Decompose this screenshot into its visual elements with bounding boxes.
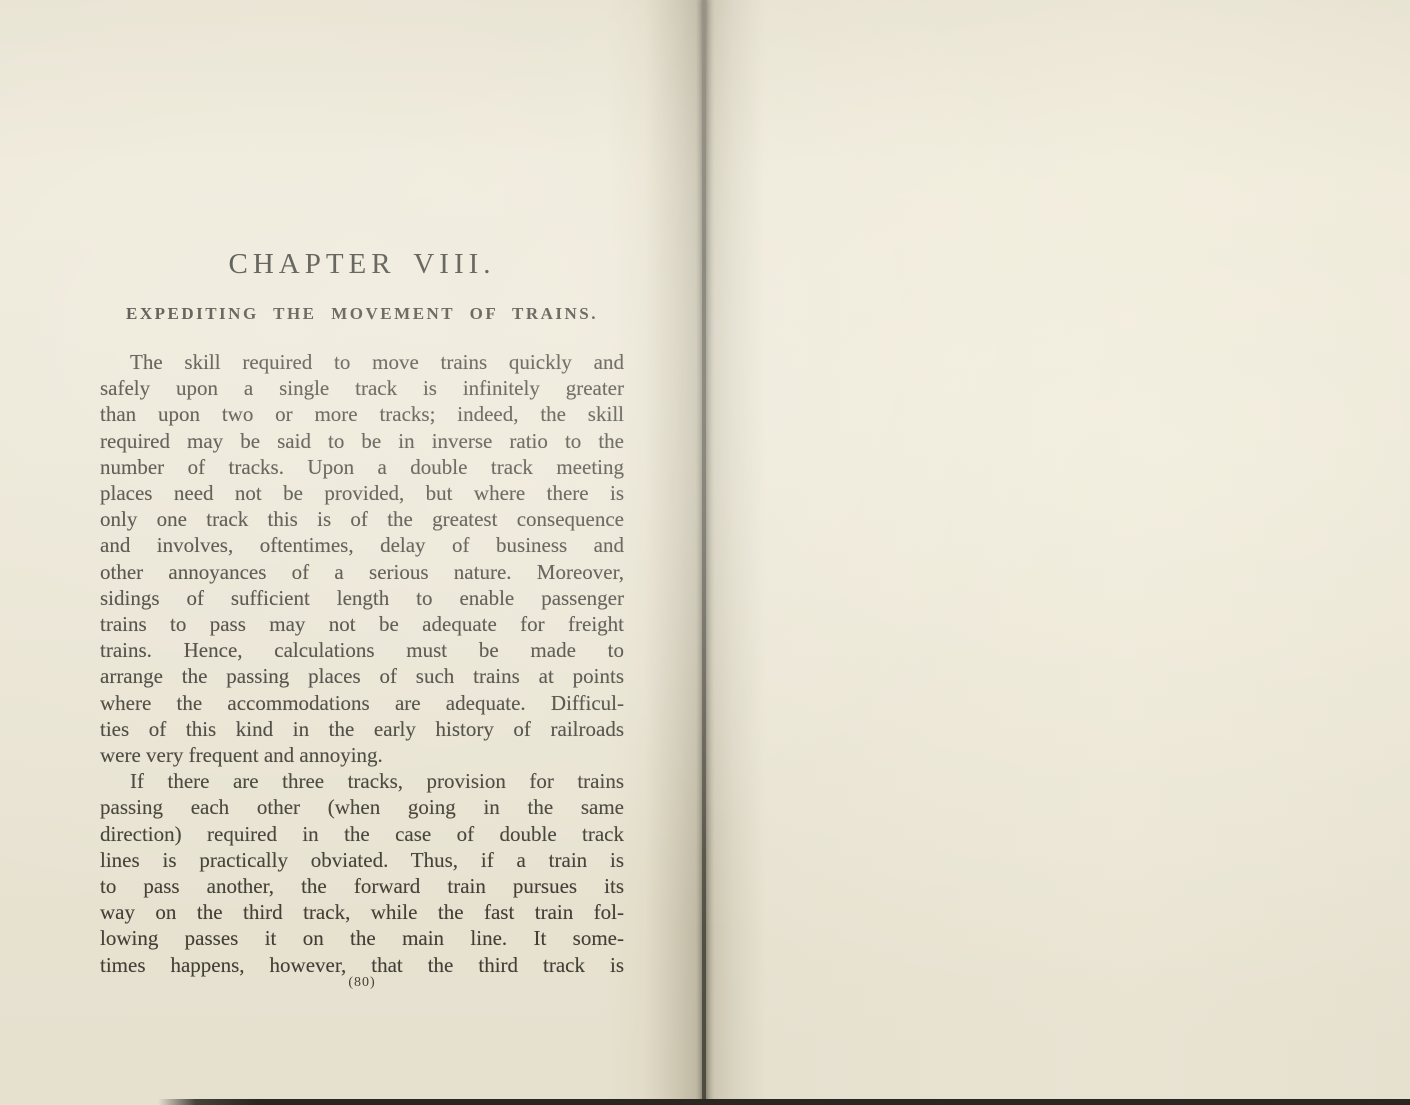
text-line: other annoyances of a serious nature. Mo… [100,559,624,585]
text-line: arrange the passing places of such train… [100,663,624,689]
text-line: number of tracks. Upon a double track me… [100,454,624,480]
text-line: lowing passes it on the main line. It so… [100,925,624,951]
text-line: to pass another, the forward train pursu… [100,873,624,899]
text-line: were very frequent and annoying. [100,742,624,768]
text-line: sidings of sufficient length to enable p… [100,585,624,611]
text-line: trains to pass may not be adequate for f… [100,611,624,637]
right-page: EXPEDITING MOVEMENT OF TRAINS. 81 requir… [705,0,1410,1105]
text-line: than upon two or more tracks; indeed, th… [100,401,624,427]
text-line: direction) required in the case of doubl… [100,821,624,847]
text-line: and involves, oftentimes, delay of busin… [100,532,624,558]
text-line: trains. Hence, calculations must be made… [100,637,624,663]
section-heading: EXPEDITING THE MOVEMENT OF TRAINS. [100,304,624,324]
text-line: passing each other (when going in the sa… [100,794,624,820]
text-line: where the accommodations are adequate. D… [100,690,624,716]
text-line: lines is practically obviated. Thus, if … [100,847,624,873]
text-line: safely upon a single track is infinitely… [100,375,624,401]
book-scan: CHAPTER VIII. EXPEDITING THE MOVEMENT OF… [0,0,1410,1105]
text-line: required may be said to be in inverse ra… [100,428,624,454]
left-page-folio: (80) [100,975,624,991]
left-page-body: The skill required to move trains quickl… [100,349,624,978]
text-line: If there are three tracks, provision for… [100,768,624,794]
text-line: only one track this is of the greatest c… [100,506,624,532]
text-line: ties of this kind in the early history o… [100,716,624,742]
left-page: CHAPTER VIII. EXPEDITING THE MOVEMENT OF… [0,0,705,1105]
text-line: The skill required to move trains quickl… [100,349,624,375]
chapter-heading: CHAPTER VIII. [100,248,624,281]
text-line: places need not be provided, but where t… [100,480,624,506]
text-line: times happens, however, that the third t… [100,952,624,978]
text-line: way on the third track, while the fast t… [100,899,624,925]
